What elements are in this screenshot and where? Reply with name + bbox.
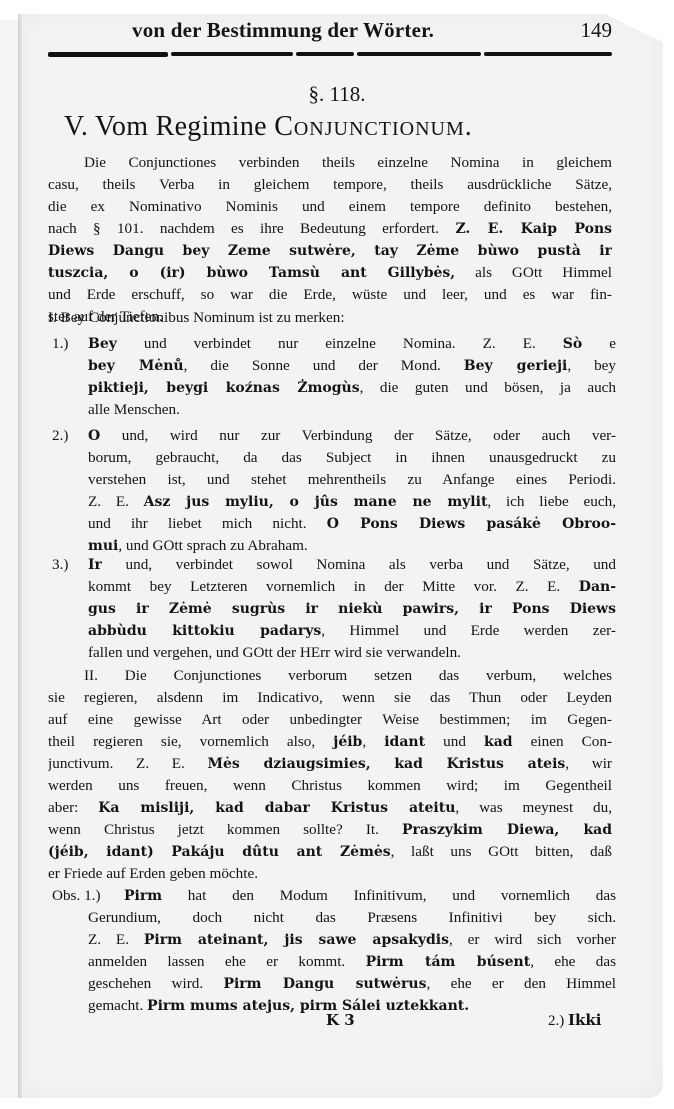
section-II-paragraph: II. Die Conjunctiones verborum setzen da…	[48, 665, 612, 885]
line-text: gemacht.	[88, 997, 147, 1014]
example-text: Ka misliji, kad dabar Kristus ateitu	[98, 800, 455, 816]
line-text: und verbindet nur einzelne Nomina. Z. E.	[117, 335, 563, 352]
line-text: hat den Modum Infinitivum, und vornemlic…	[162, 887, 616, 904]
header-rule	[48, 52, 612, 57]
line-text: und, wird nur zur Verbindung der Sätze, …	[100, 427, 616, 444]
line-text: , laßt uns GOtt bitten, daß	[391, 843, 612, 860]
line-text: , die guten und bösen, ja auch	[360, 379, 616, 396]
text-line: werden uns freuen, wenn Christus kommen …	[48, 775, 612, 797]
catchword-number: 2.)	[548, 1013, 564, 1029]
example-text: bey Mėnů	[88, 358, 184, 374]
line-text: theil regieren sie, vornemlich also,	[48, 733, 333, 750]
observation-body-cont: Gerundium, doch nicht das Præsens Infini…	[88, 907, 616, 1017]
text-line: und Erde erschuff, so war die Erde, wüst…	[48, 284, 612, 306]
running-head: von der Bestimmung der Wörter. 149	[48, 18, 612, 48]
text-line: Bey und verbindet nur einzelne Nomina. Z…	[88, 333, 616, 355]
page-gutter	[18, 14, 22, 1098]
text-line: wenn Christus jetzt kommen sollte? It. P…	[48, 819, 612, 841]
example-text: O	[88, 428, 100, 444]
facing-page-edge	[0, 20, 18, 1098]
line-text: anmelden lassen ehe er kommt.	[88, 953, 366, 970]
text-line: O und, wird nur zur Verbindung der Sätze…	[88, 425, 616, 447]
text-line: auf eine gewisse Art oder unbedingter We…	[48, 709, 612, 731]
example-text: idant	[384, 734, 425, 750]
line-text: aber:	[48, 799, 98, 816]
line-text: werden uns freuen, wenn Christus kommen …	[48, 777, 612, 794]
text-line: geschehen wird. Pirm Dangu sutwėrus, ehe…	[88, 973, 616, 995]
text-line: bey Mėnů, die Sonne und der Mond. Bey ge…	[88, 355, 616, 377]
chapter-title: V. Vom Regimine Conjunctionum.	[64, 111, 473, 143]
observation-body: Pirm hat den Modum Infinitivum, und vorn…	[124, 885, 616, 907]
item-body: Ir und, verbindet sowol Nomina als verba…	[88, 554, 616, 664]
text-line: und ihr liebet mich nicht. O Pons Diews …	[88, 513, 616, 535]
section-I-heading: I. Bey Conjunctionibus Nominum ist zu me…	[48, 307, 612, 329]
item-number: 1.)	[52, 333, 68, 355]
example-text: Praszykim Diewa, kad	[402, 822, 612, 838]
example-text: Bey gerieji	[464, 358, 568, 374]
line-text: als GOtt Himmel	[475, 264, 612, 281]
text-line: (jéib, idant) Pakáju dûtu ant Zėmės, laß…	[48, 841, 612, 863]
text-line: Diews Dangu bey Zeme sutwėre, tay Zėme b…	[48, 240, 612, 262]
text-line: aber: Ka misliji, kad dabar Kristus atei…	[48, 797, 612, 819]
text-line: Die Conjunctiones verbinden theils einze…	[48, 152, 612, 174]
text-line: die ex Nominativo Nominis und einem temp…	[48, 196, 612, 218]
example-text: Dan-	[579, 579, 616, 595]
text-line: junctivum. Z. E. Mės dziaugsimies, kad K…	[48, 753, 612, 775]
line-text: und	[425, 733, 484, 750]
line-text: er Friede auf Erden geben möchte.	[48, 865, 258, 882]
text-line: sie regieren, alsdenn im Indicativo, wen…	[48, 687, 612, 709]
text-line: abbùdu kittokiu padarys, Himmel und Erde…	[88, 620, 616, 642]
line-text: Z. E.	[88, 931, 144, 948]
line-text: und ihr liebet mich nicht.	[88, 515, 327, 532]
text-line: theil regieren sie, vornemlich also, jéi…	[48, 731, 612, 753]
item-body: O und, wird nur zur Verbindung der Sätze…	[88, 425, 616, 557]
line-text: borum, gebraucht, da das Subject in ihne…	[88, 449, 616, 466]
example-text: Bey	[88, 336, 117, 352]
line-text: verstehen ist, und stehet mehrentheils z…	[88, 471, 616, 488]
line-text: II. Die Conjunctiones verborum setzen da…	[84, 667, 612, 684]
page-number: 149	[581, 18, 613, 43]
chapter-title-prefix: V. Vom Regimine	[64, 111, 267, 142]
line-text: , Himmel und Erde werden zer-	[321, 622, 616, 639]
line-text: casu, theils Verba in gleichem tempore, …	[48, 176, 612, 193]
text-line: Gerundium, doch nicht das Præsens Infini…	[88, 907, 616, 929]
text-line: alle Menschen.	[88, 399, 616, 421]
line-text: sie regieren, alsdenn im Indicativo, wen…	[48, 689, 612, 706]
example-text: abbùdu kittokiu padarys	[88, 623, 321, 639]
text-line: nach § 101. nachdem es ihre Bedeutung er…	[48, 218, 612, 240]
example-text: Pirm mums atejus, pirm Sálei uztekkant.	[147, 998, 469, 1014]
line-text: alle Menschen.	[88, 401, 180, 418]
line-text: , ich liebe euch,	[487, 493, 616, 510]
line-text: junctivum. Z. E.	[48, 755, 208, 772]
line-text: , und GOtt sprach zu Abraham.	[118, 537, 307, 554]
intro-paragraph: Die Conjunctiones verbinden theils einze…	[48, 152, 612, 328]
text-line: fallen und vergehen, und GOtt der HErr w…	[88, 642, 616, 664]
text-line: borum, gebraucht, da das Subject in ihne…	[88, 447, 616, 469]
text-line: kommt bey Letzteren vornemlich in der Mi…	[88, 576, 616, 598]
section-number: §. 118.	[0, 82, 674, 107]
heading-text: I. Bey Conjunctionibus Nominum ist zu me…	[48, 307, 612, 329]
line-text: Z. E.	[88, 493, 144, 510]
line-text: einen Con-	[513, 733, 612, 750]
example-text: kad	[484, 734, 513, 750]
item-body: Bey und verbindet nur einzelne Nomina. Z…	[88, 333, 616, 421]
text-line: Z. E. Asz jus myliu, o jûs mane ne mylit…	[88, 491, 616, 513]
text-line: Pirm hat den Modum Infinitivum, und vorn…	[124, 885, 616, 907]
line-text: , die Sonne und der Mond.	[184, 357, 464, 374]
text-line: Ir und, verbindet sowol Nomina als verba…	[88, 554, 616, 576]
example-text: Mės dziaugsimies, kad Kristus ateis	[208, 756, 566, 772]
example-text: O Pons Diews pasákė Obroo-	[327, 516, 616, 532]
example-text: Ir	[88, 557, 102, 573]
example-text: (jéib, idant) Pakáju dûtu ant Zėmės	[48, 844, 391, 860]
example-text: Diews Dangu bey Zeme sutwėre, tay Zėme b…	[48, 243, 612, 259]
line-text: , ehe das	[530, 953, 616, 970]
line-text: und Erde erschuff, so war die Erde, wüst…	[48, 286, 612, 303]
example-text: Pirm	[124, 888, 162, 904]
catchword: 2.) Ikki	[548, 1011, 602, 1030]
catchword-text: Ikki	[568, 1011, 602, 1029]
text-line: casu, theils Verba in gleichem tempore, …	[48, 174, 612, 196]
line-text: die ex Nominativo Nominis und einem temp…	[48, 198, 612, 215]
running-title: von der Bestimmung der Wörter.	[132, 18, 434, 43]
example-text: piktieji, beygi koźnas Żmogùs	[88, 380, 360, 396]
example-text: jéib	[333, 734, 362, 750]
example-text: Z. E. Kaip Pons	[455, 221, 612, 237]
example-text: Sò	[563, 336, 582, 352]
text-line: tuszcia, o (ir) bùwo Tamsù ant Gillybės,…	[48, 262, 612, 284]
text-line: verstehen ist, und stehet mehrentheils z…	[88, 469, 616, 491]
line-text: , was meynest du,	[455, 799, 612, 816]
line-text: , wir	[565, 755, 612, 772]
line-text: Die Conjunctiones verbinden theils einze…	[84, 154, 612, 171]
example-text: Pirm ateinant, jis sawe apsakydis	[144, 932, 449, 948]
example-text: Pirm Dangu sutwėrus	[223, 976, 426, 992]
text-line: anmelden lassen ehe er kommt. Pirm tám b…	[88, 951, 616, 973]
example-text: Pirm tám búsent	[366, 954, 531, 970]
text-line: gus ir Zėmė sugrùs ir niekù pawirs, ir P…	[88, 598, 616, 620]
text-line: II. Die Conjunctiones verborum setzen da…	[48, 665, 612, 687]
example-text: mui	[88, 538, 118, 554]
line-text: und, verbindet sowol Nomina als verba un…	[102, 556, 616, 573]
line-text: , er wird sich vorher	[449, 931, 616, 948]
line-text: ,	[362, 733, 384, 750]
example-text: Asz jus myliu, o jûs mane ne mylit	[144, 494, 488, 510]
line-text: fallen und vergehen, und GOtt der HErr w…	[88, 644, 461, 661]
item-number: 2.)	[52, 425, 68, 447]
example-text: gus ir Zėmė sugrùs ir niekù pawirs, ir P…	[88, 601, 616, 617]
line-text: geschehen wird.	[88, 975, 223, 992]
line-text: kommt bey Letzteren vornemlich in der Mi…	[88, 578, 579, 595]
line-text: wenn Christus jetzt kommen sollte? It.	[48, 821, 402, 838]
line-text: Gerundium, doch nicht das Præsens Infini…	[88, 909, 616, 926]
item-number: 3.)	[52, 554, 68, 576]
line-text: nach § 101. nachdem es ihre Bedeutung er…	[48, 220, 439, 237]
observation-number: Obs. 1.)	[52, 885, 132, 907]
text-line: Z. E. Pirm ateinant, jis sawe apsakydis,…	[88, 929, 616, 951]
chapter-title-caps: Conjunctionum.	[274, 111, 473, 142]
example-text: tuszcia, o (ir) bùwo Tamsù ant Gillybės,	[48, 265, 455, 281]
line-text: , bey	[567, 357, 616, 374]
line-text: auf eine gewisse Art oder unbedingter We…	[48, 711, 612, 728]
line-text: , ehe er den Himmel	[427, 975, 617, 992]
text-line: er Friede auf Erden geben möchte.	[48, 863, 612, 885]
line-text: e	[582, 335, 616, 352]
text-line: piktieji, beygi koźnas Żmogùs, die guten…	[88, 377, 616, 399]
signature-mark: K 3	[326, 1011, 355, 1029]
